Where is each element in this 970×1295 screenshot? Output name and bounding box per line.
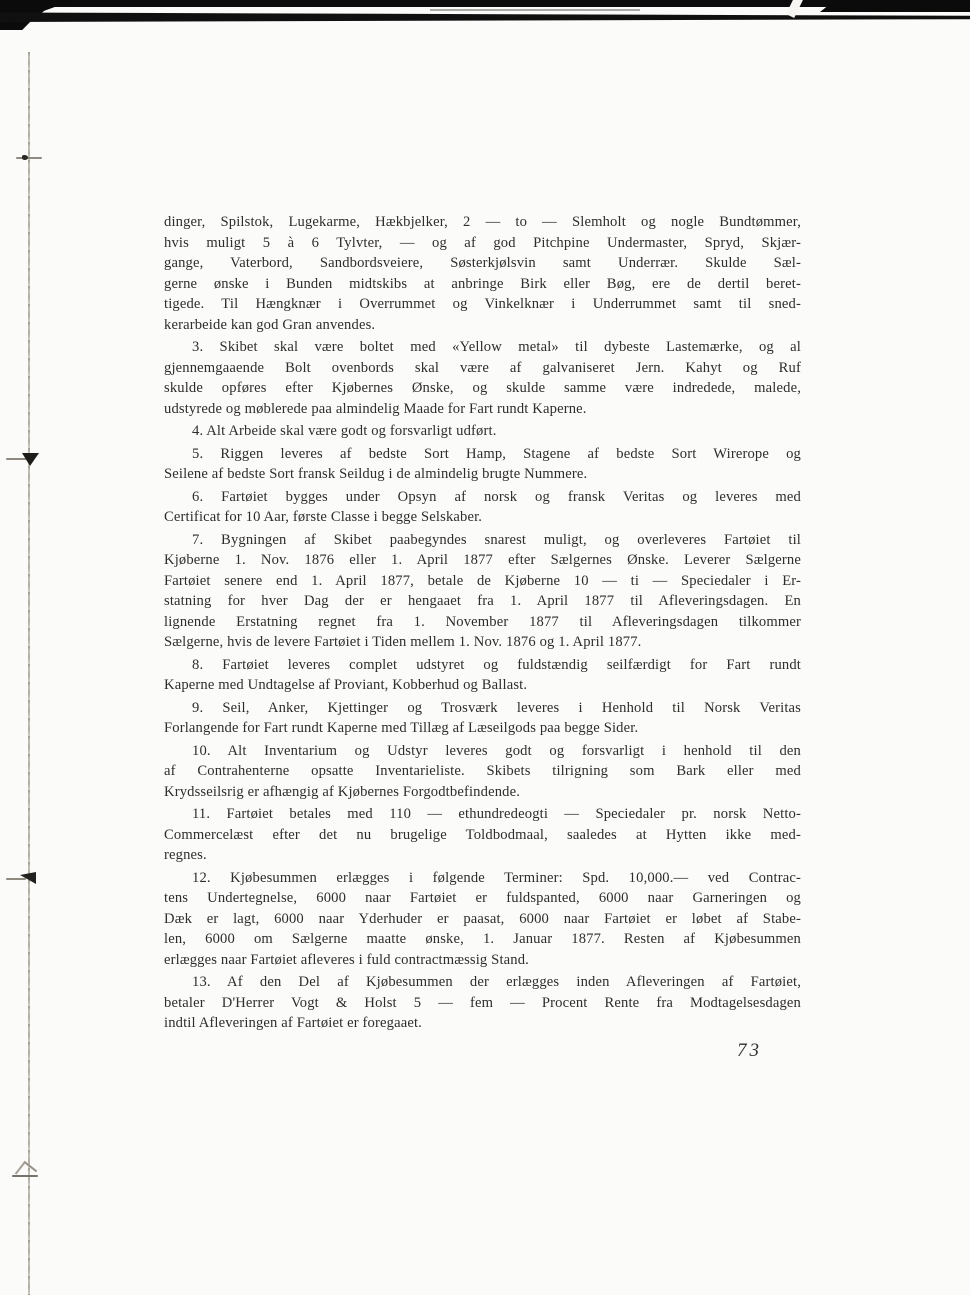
text-line: gange, Vaterbord, Sandbordsveiere, Søste…: [164, 253, 801, 274]
text-line: udstyrede og møblerede paa almindelig Ma…: [164, 399, 801, 420]
text-line: Commercelæst efter det nu brugelige Told…: [164, 825, 801, 846]
text-line: lignende Erstatning regnet fra 1. Novemb…: [164, 612, 801, 633]
fold-mark-chevron-icon: [14, 1162, 40, 1180]
paragraph: 6. Fartøiet bygges under Opsyn af norsk …: [164, 487, 801, 528]
paragraph: 3. Skibet skal være boltet med «Yellow m…: [164, 337, 801, 419]
paragraph: 9. Seil, Anker, Kjettinger og Trosværk l…: [164, 698, 801, 739]
text-line: Kaperne med Undtagelse af Proviant, Kobb…: [164, 675, 801, 696]
text-line: statning for hver Dag der er hengaaet fr…: [164, 591, 801, 612]
text-line: 12. Kjøbesummen erlægges i følgende Term…: [164, 868, 801, 889]
scan-artifact-lower-band: [0, 12, 970, 22]
text-line: hvis muligt 5 à 6 Tylvter, — og af god P…: [164, 233, 801, 254]
binding-fold-line: [28, 52, 30, 1295]
text-line: indtil Afleveringen af Fartøiet er foreg…: [164, 1013, 801, 1034]
text-line: 5. Riggen leveres af bedste Sort Hamp, S…: [164, 444, 801, 465]
text-line: Krydsseilsrig er afhængig af Kjøbernes F…: [164, 782, 801, 803]
paragraph: 8. Fartøiet leveres complet udstyret og …: [164, 655, 801, 696]
text-line: 6. Fartøiet bygges under Opsyn af norsk …: [164, 487, 801, 508]
text-line: tigede. Til Hængknær i Overrummet og Vin…: [164, 294, 801, 315]
text-line: Forlangende for Fart rundt Kaperne med T…: [164, 718, 801, 739]
page-number: 73: [737, 1040, 762, 1062]
text-line: Sælgerne, hvis de levere Fartøiet i Tide…: [164, 632, 801, 653]
text-line: Seilene af bedste Sort fransk Seildug i …: [164, 464, 801, 485]
text-line: 11. Fartøiet betales med 110 — ethundred…: [164, 804, 801, 825]
paragraph: 10. Alt Inventarium og Udstyr leveres go…: [164, 741, 801, 803]
text-line: Kjøberne 1. Nov. 1876 eller 1. April 187…: [164, 550, 801, 571]
text-line: Fartøiet senere end 1. April 1877, betal…: [164, 571, 801, 592]
text-line: 3. Skibet skal være boltet med «Yellow m…: [164, 337, 801, 358]
paragraph: dinger, Spilstok, Lugekarme, Hækbjelker,…: [164, 212, 801, 335]
text-line: Certificat for 10 Aar, første Classe i b…: [164, 507, 801, 528]
text-line: 4. Alt Arbeide skal være godt og forsvar…: [164, 421, 801, 442]
scan-artifact-top-bar: [0, 0, 970, 7]
paragraph: 13. Af den Del af Kjøbesummen der erlægg…: [164, 972, 801, 1034]
text-line: regnes.: [164, 845, 801, 866]
text-line: gerne ønske i Bunden midtskibs at anbrin…: [164, 274, 801, 295]
scan-artifact-top-right-bar: [820, 0, 970, 12]
text-line: 13. Af den Del af Kjøbesummen der erlægg…: [164, 972, 801, 993]
paragraph: 7. Bygningen af Skibet paabegyndes snare…: [164, 530, 801, 653]
paragraph: 5. Riggen leveres af bedste Sort Hamp, S…: [164, 444, 801, 485]
text-line: skulde opføres efter Kjøbernes Ønske, og…: [164, 378, 801, 399]
text-line: kerarbeide kan god Gran anvendes.: [164, 315, 801, 336]
scan-artifact-smudge: [430, 9, 640, 11]
fold-mark-arrow-left-icon: [12, 872, 42, 886]
text-line: dinger, Spilstok, Lugekarme, Hækbjelker,…: [164, 212, 801, 233]
paragraph: 12. Kjøbesummen erlægges i følgende Term…: [164, 868, 801, 971]
text-line: gjennemgaaende Bolt ovenbords skal være …: [164, 358, 801, 379]
page: dinger, Spilstok, Lugekarme, Hækbjelker,…: [0, 0, 970, 1295]
text-line: 9. Seil, Anker, Kjettinger og Trosværk l…: [164, 698, 801, 719]
document-body: dinger, Spilstok, Lugekarme, Hækbjelker,…: [164, 212, 801, 1034]
text-line: 8. Fartøiet leveres complet udstyret og …: [164, 655, 801, 676]
text-line: 10. Alt Inventarium og Udstyr leveres go…: [164, 741, 801, 762]
text-line: 7. Bygningen af Skibet paabegyndes snare…: [164, 530, 801, 551]
paragraph: 11. Fartøiet betales med 110 — ethundred…: [164, 804, 801, 866]
text-line: erlægges naar Fartøiet afleveres i fuld …: [164, 950, 801, 971]
text-line: Dæk er lagt, 6000 naar Yderhuder er paas…: [164, 909, 801, 930]
text-line: betaler D'Herrer Vogt & Holst 5 — fem — …: [164, 993, 801, 1014]
paragraph: 4. Alt Arbeide skal være godt og forsvar…: [164, 421, 801, 442]
text-line: len, 6000 om Sælgerne maatte ønske, 1. J…: [164, 929, 801, 950]
fold-mark-dash-icon: [16, 157, 42, 160]
fold-mark-arrow-down-icon: [14, 453, 44, 469]
text-line: af Contrahenterne opsatte Inventarielist…: [164, 761, 801, 782]
text-line: tens Undertegnelse, 6000 naar Fartøiet e…: [164, 888, 801, 909]
